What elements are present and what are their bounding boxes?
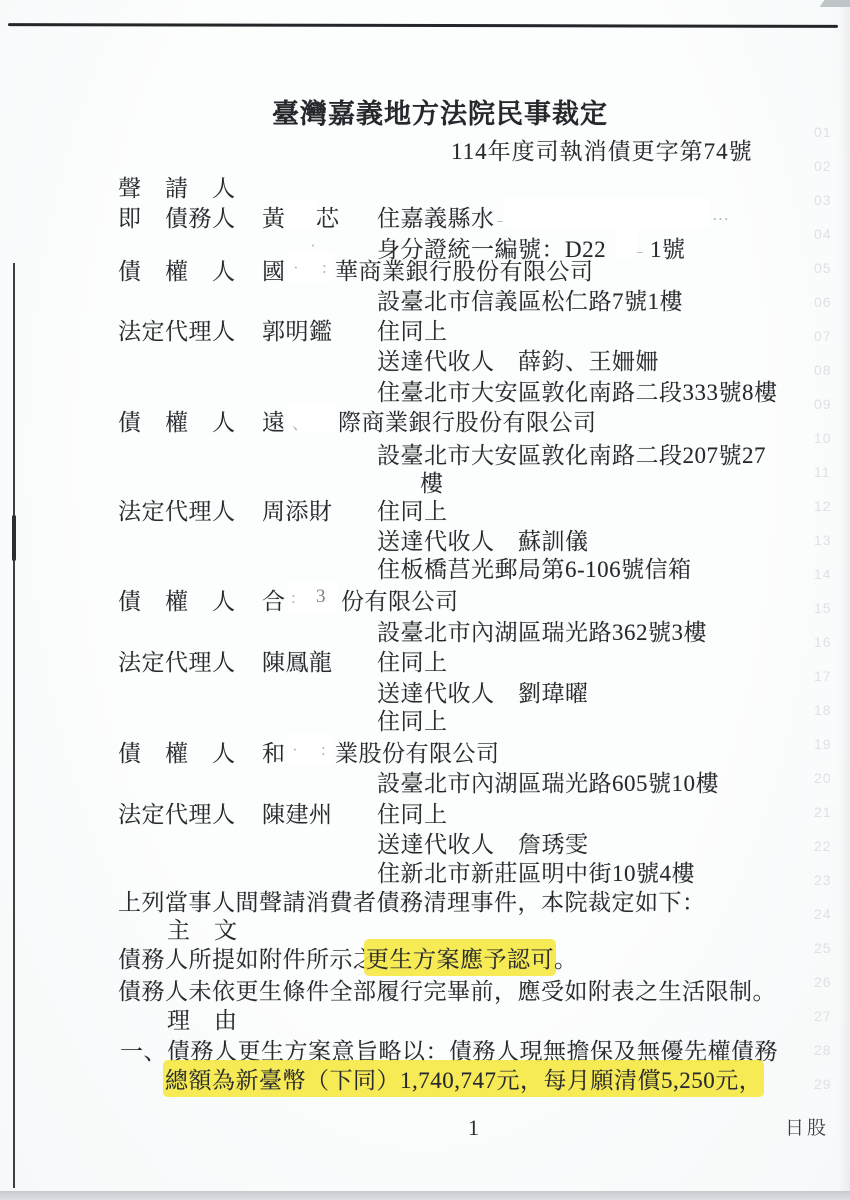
text-segment: 周添財 bbox=[262, 493, 333, 526]
doc-line: 送達代收人 蘇訓儀 bbox=[0, 523, 850, 554]
text-segment: 聲 請 人 bbox=[118, 170, 236, 203]
doc-line: 債 權 人遠、際商業銀行股份有限公司 bbox=[0, 404, 850, 435]
doc-line: 設臺北市內湖區瑞光路605號10樓 bbox=[0, 765, 850, 796]
margin-line-number: 25 bbox=[814, 940, 844, 956]
text-segment: 設臺北市內湖區瑞光路362號3樓 bbox=[377, 614, 707, 647]
text-segment: 華商業銀行股份有限公司 bbox=[335, 253, 594, 286]
doc-line: 設臺北市大安區敦化南路二段207號27 bbox=[0, 437, 850, 468]
margin-line-number: 22 bbox=[814, 838, 844, 854]
text-segment: 國 bbox=[262, 253, 286, 286]
text-segment: 份有限公司 bbox=[341, 583, 459, 616]
doc-line: 總額為新臺幣（下同）1,740,747元，每月願清償5,250元， bbox=[0, 1062, 850, 1093]
margin-line-number: 07 bbox=[814, 328, 844, 344]
text-segment: 法定代理人 bbox=[118, 644, 236, 677]
text-segment: 法定代理人 bbox=[118, 493, 236, 526]
margin-line-number: 05 bbox=[814, 260, 844, 276]
margin-line-number: 16 bbox=[814, 634, 844, 650]
text-segment: 債 權 人 bbox=[118, 583, 236, 616]
text-segment: 住同上 bbox=[377, 796, 448, 829]
text-segment: 住同上 bbox=[377, 644, 448, 677]
document-title: 臺灣嘉義地方法院民事裁定 bbox=[272, 92, 608, 131]
margin-line-number: 08 bbox=[814, 362, 844, 378]
text-segment: 住板橋莒光郵局第6-106號信箱 bbox=[377, 551, 692, 584]
doc-line: 聲 請 人 bbox=[0, 170, 850, 201]
scan-top-edge-line bbox=[8, 23, 838, 28]
doc-line: 送達代收人 劉瑋曜 bbox=[0, 675, 850, 706]
margin-line-number: 15 bbox=[814, 600, 844, 616]
margin-line-number: 18 bbox=[814, 702, 844, 718]
text-segment: 住嘉義縣水 bbox=[377, 200, 495, 233]
text-segment: 業股份有限公司 bbox=[335, 735, 500, 768]
margin-line-number: 28 bbox=[814, 1042, 844, 1058]
text-segment: 設臺北市內湖區瑞光路605號10樓 bbox=[377, 765, 719, 798]
margin-line-number: 11 bbox=[814, 464, 844, 480]
text-segment: 住同上 bbox=[377, 313, 448, 346]
margin-line-number: 13 bbox=[814, 532, 844, 548]
clerk-unit-stamp: 日股 bbox=[785, 1113, 829, 1140]
text-segment: 設臺北市信義區松仁路7號1樓 bbox=[377, 283, 683, 316]
redaction-remnant-mark: : bbox=[322, 258, 327, 278]
doc-line: 住臺北市大安區敦化南路二段333號8樓 bbox=[0, 374, 850, 405]
doc-line: 法定代理人郭明鑑住同上 bbox=[0, 313, 850, 344]
doc-line: 債 權 人國·:華商業銀行股份有限公司 bbox=[0, 253, 850, 284]
margin-line-number: 23 bbox=[814, 872, 844, 888]
margin-line-number: 04 bbox=[814, 226, 844, 242]
doc-line: 送達代收人 詹琇雯 bbox=[0, 826, 850, 857]
text-segment: 陳建州 bbox=[262, 796, 333, 829]
case-number: 114年度司執消債更字第74號 bbox=[451, 133, 753, 166]
doc-line: 法定代理人陳建州住同上 bbox=[0, 796, 850, 827]
redaction-remnant-mark: 、 bbox=[292, 409, 310, 434]
margin-line-number: 03 bbox=[814, 192, 844, 208]
page-number: 1 bbox=[468, 1115, 479, 1141]
margin-line-number: 26 bbox=[814, 974, 844, 990]
text-segment: 陳鳳龍 bbox=[262, 644, 333, 677]
doc-line: 債務人未依更生條件全部履行完畢前，應受如附表之生活限制。 bbox=[0, 973, 850, 1004]
text-segment: 住同上 bbox=[377, 703, 448, 736]
doc-line: 上列當事人間聲請消費者債務清理事件，本院裁定如下： bbox=[0, 884, 850, 915]
doc-line: 債 權 人和·:業股份有限公司 bbox=[0, 735, 850, 766]
text-segment: 送達代收人 薛鈞、王姍姍 bbox=[377, 343, 659, 376]
text-segment: 債務人所提如附件所示之 bbox=[118, 941, 377, 974]
margin-line-number: 10 bbox=[814, 430, 844, 446]
margin-line-number: 21 bbox=[814, 804, 844, 820]
text-segment: 債 權 人 bbox=[118, 404, 236, 437]
margin-line-number: 24 bbox=[814, 906, 844, 922]
doc-line: 住新北市新莊區明中街10號4樓 bbox=[0, 855, 850, 886]
redaction-remnant-mark: 3 bbox=[316, 586, 326, 608]
text-segment: 遠 bbox=[262, 404, 286, 437]
highlighted-text-segment: 總額為新臺幣（下同）1,740,747元，每月願清償5,250元， bbox=[165, 1062, 762, 1095]
doc-line: 設臺北市信義區松仁路7號1樓 bbox=[0, 283, 850, 314]
doc-line: 送達代收人 薛鈞、王姍姍 bbox=[0, 343, 850, 374]
redaction-remnant-mark: : bbox=[291, 588, 296, 608]
redaction-remnant-mark: · bbox=[292, 740, 298, 760]
margin-line-number: 06 bbox=[814, 294, 844, 310]
text-segment: 債 權 人 bbox=[118, 735, 236, 768]
text-segment: 際商業銀行股份有限公司 bbox=[338, 404, 597, 437]
doc-line: 住同上 bbox=[0, 703, 850, 734]
text-segment: 。 bbox=[554, 941, 578, 974]
highlighted-text-segment: 更生方案應予認可 bbox=[366, 941, 554, 974]
doc-line: 債務人所提如附件所示之更生方案應予認可。 bbox=[0, 941, 850, 972]
redaction-remnant-mark: … bbox=[712, 205, 730, 225]
doc-line: 法定代理人周添財住同上 bbox=[0, 493, 850, 524]
text-segment: 黃 bbox=[262, 200, 286, 233]
text-segment: 法定代理人 bbox=[118, 313, 236, 346]
doc-line: 法定代理人陳鳳龍住同上 bbox=[0, 644, 850, 675]
doc-line: 理 由 bbox=[0, 1002, 850, 1033]
doc-line: 債 權 人合:3份有限公司 bbox=[0, 583, 850, 614]
text-segment: 芯 bbox=[316, 200, 340, 233]
text-segment: 即 債務人 bbox=[118, 200, 236, 233]
redaction-remnant-mark: ˍ bbox=[497, 205, 503, 225]
doc-line: 主 文 bbox=[0, 912, 850, 943]
margin-line-number: 01 bbox=[814, 124, 844, 140]
margin-line-number: 09 bbox=[814, 396, 844, 412]
redaction-remnant-mark: : bbox=[321, 740, 326, 760]
doc-line: 設臺北市內湖區瑞光路362號3樓 bbox=[0, 614, 850, 645]
margin-line-number: 12 bbox=[814, 498, 844, 514]
text-segment: 債 權 人 bbox=[118, 253, 236, 286]
text-segment: 法定代理人 bbox=[118, 796, 236, 829]
doc-line: 樓 bbox=[0, 465, 850, 496]
doc-line: 一、債務人更生方案意旨略以：債務人現無擔保及無優先權債務 bbox=[0, 1033, 850, 1064]
margin-line-number: 14 bbox=[814, 566, 844, 582]
text-segment: 住臺北市大安區敦化南路二段333號8樓 bbox=[377, 374, 778, 407]
margin-line-number: 17 bbox=[814, 668, 844, 684]
text-segment: 合 bbox=[262, 583, 286, 616]
text-segment: 和 bbox=[262, 735, 286, 768]
margin-line-number: 19 bbox=[814, 736, 844, 752]
redaction-remnant-mark: · bbox=[293, 258, 299, 278]
doc-line: 即 債務人黃芯住嘉義縣水ˍ… bbox=[0, 200, 850, 231]
margin-line-number: 27 bbox=[814, 1008, 844, 1024]
text-segment: 理 由 bbox=[167, 1002, 238, 1035]
margin-line-number: 29 bbox=[814, 1076, 844, 1092]
text-segment: 郭明鑑 bbox=[262, 313, 333, 346]
doc-line: 住板橋莒光郵局第6-106號信箱 bbox=[0, 551, 850, 582]
text-segment: 住同上 bbox=[377, 493, 448, 526]
document-page: 臺灣嘉義地方法院民事裁定 114年度司執消債更字第74號 聲 請 人即 債務人黃… bbox=[0, 0, 850, 1200]
scan-bottom-edge-band bbox=[0, 1191, 850, 1200]
margin-line-number: 02 bbox=[814, 158, 844, 174]
margin-line-number: 20 bbox=[814, 770, 844, 786]
